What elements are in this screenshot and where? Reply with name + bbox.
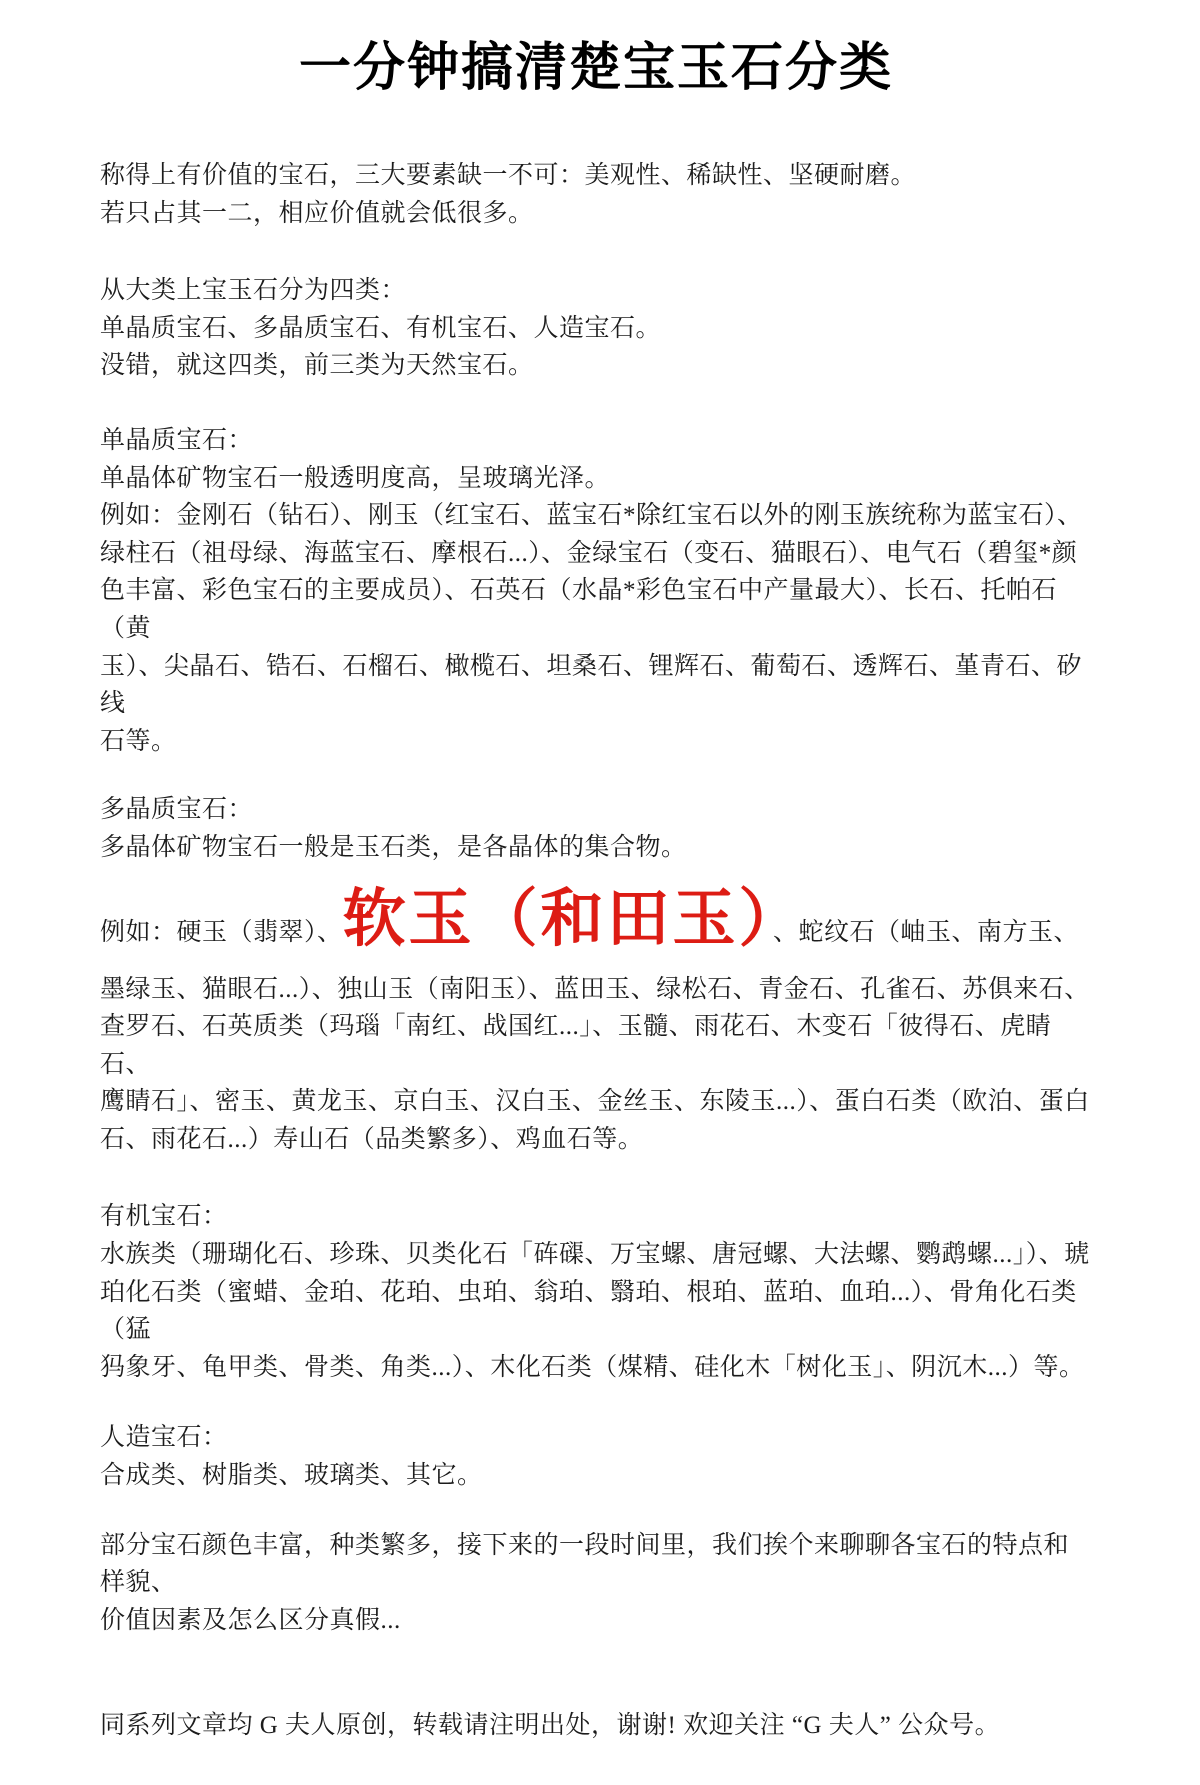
- artificial-section: 人造宝石： 合成类、树脂类、玻璃类、其它。: [100, 1419, 1092, 1494]
- outro-paragraph: 部分宝石颜色丰富，种类繁多，接下来的一段时间里，我们挨个来聊聊各宝石的特点和样貌…: [100, 1527, 1092, 1640]
- polycrystalline-examples: 例如：硬玉（翡翠）、软玉（和田玉）、蛇纹石（岫玉、南方玉、 墨绿玉、猫眼石...…: [100, 867, 1092, 1159]
- organic-section: 有机宝石： 水族类（珊瑚化石、珍珠、贝类化石「砗磲、万宝螺、唐冠螺、大法螺、鹦鹉…: [100, 1198, 1092, 1386]
- intro-paragraph: 称得上有价值的宝石，三大要素缺一不可：美观性、稀缺性、坚硬耐磨。 若只占其一二，…: [100, 157, 1092, 232]
- polycrystalline-section: 多晶质宝石： 多晶体矿物宝石一般是玉石类，是各晶体的集合物。: [100, 791, 1092, 866]
- nephrite-highlight-text: 软玉（和田玉）: [343, 884, 774, 954]
- four-types-paragraph: 从大类上宝玉石分为四类： 单晶质宝石、多晶质宝石、有机宝石、人造宝石。 没错，就…: [100, 272, 1092, 385]
- page-title: 一分钟搞清楚宝玉石分类: [100, 36, 1092, 102]
- monocrystalline-section: 单晶质宝石： 单晶体矿物宝石一般透明度高，呈玻璃光泽。 例如：金刚石（钻石）、刚…: [100, 422, 1092, 760]
- example-prefix-text: 例如：硬玉（翡翠）、: [100, 919, 343, 946]
- footer-note: 同系列文章均 G 夫人原创，转载请注明出处，谢谢! 欢迎关注 “G 夫人” 公众…: [100, 1707, 1092, 1745]
- document-page: 一分钟搞清楚宝玉石分类 称得上有价值的宝石，三大要素缺一不可：美观性、稀缺性、坚…: [0, 0, 1200, 1785]
